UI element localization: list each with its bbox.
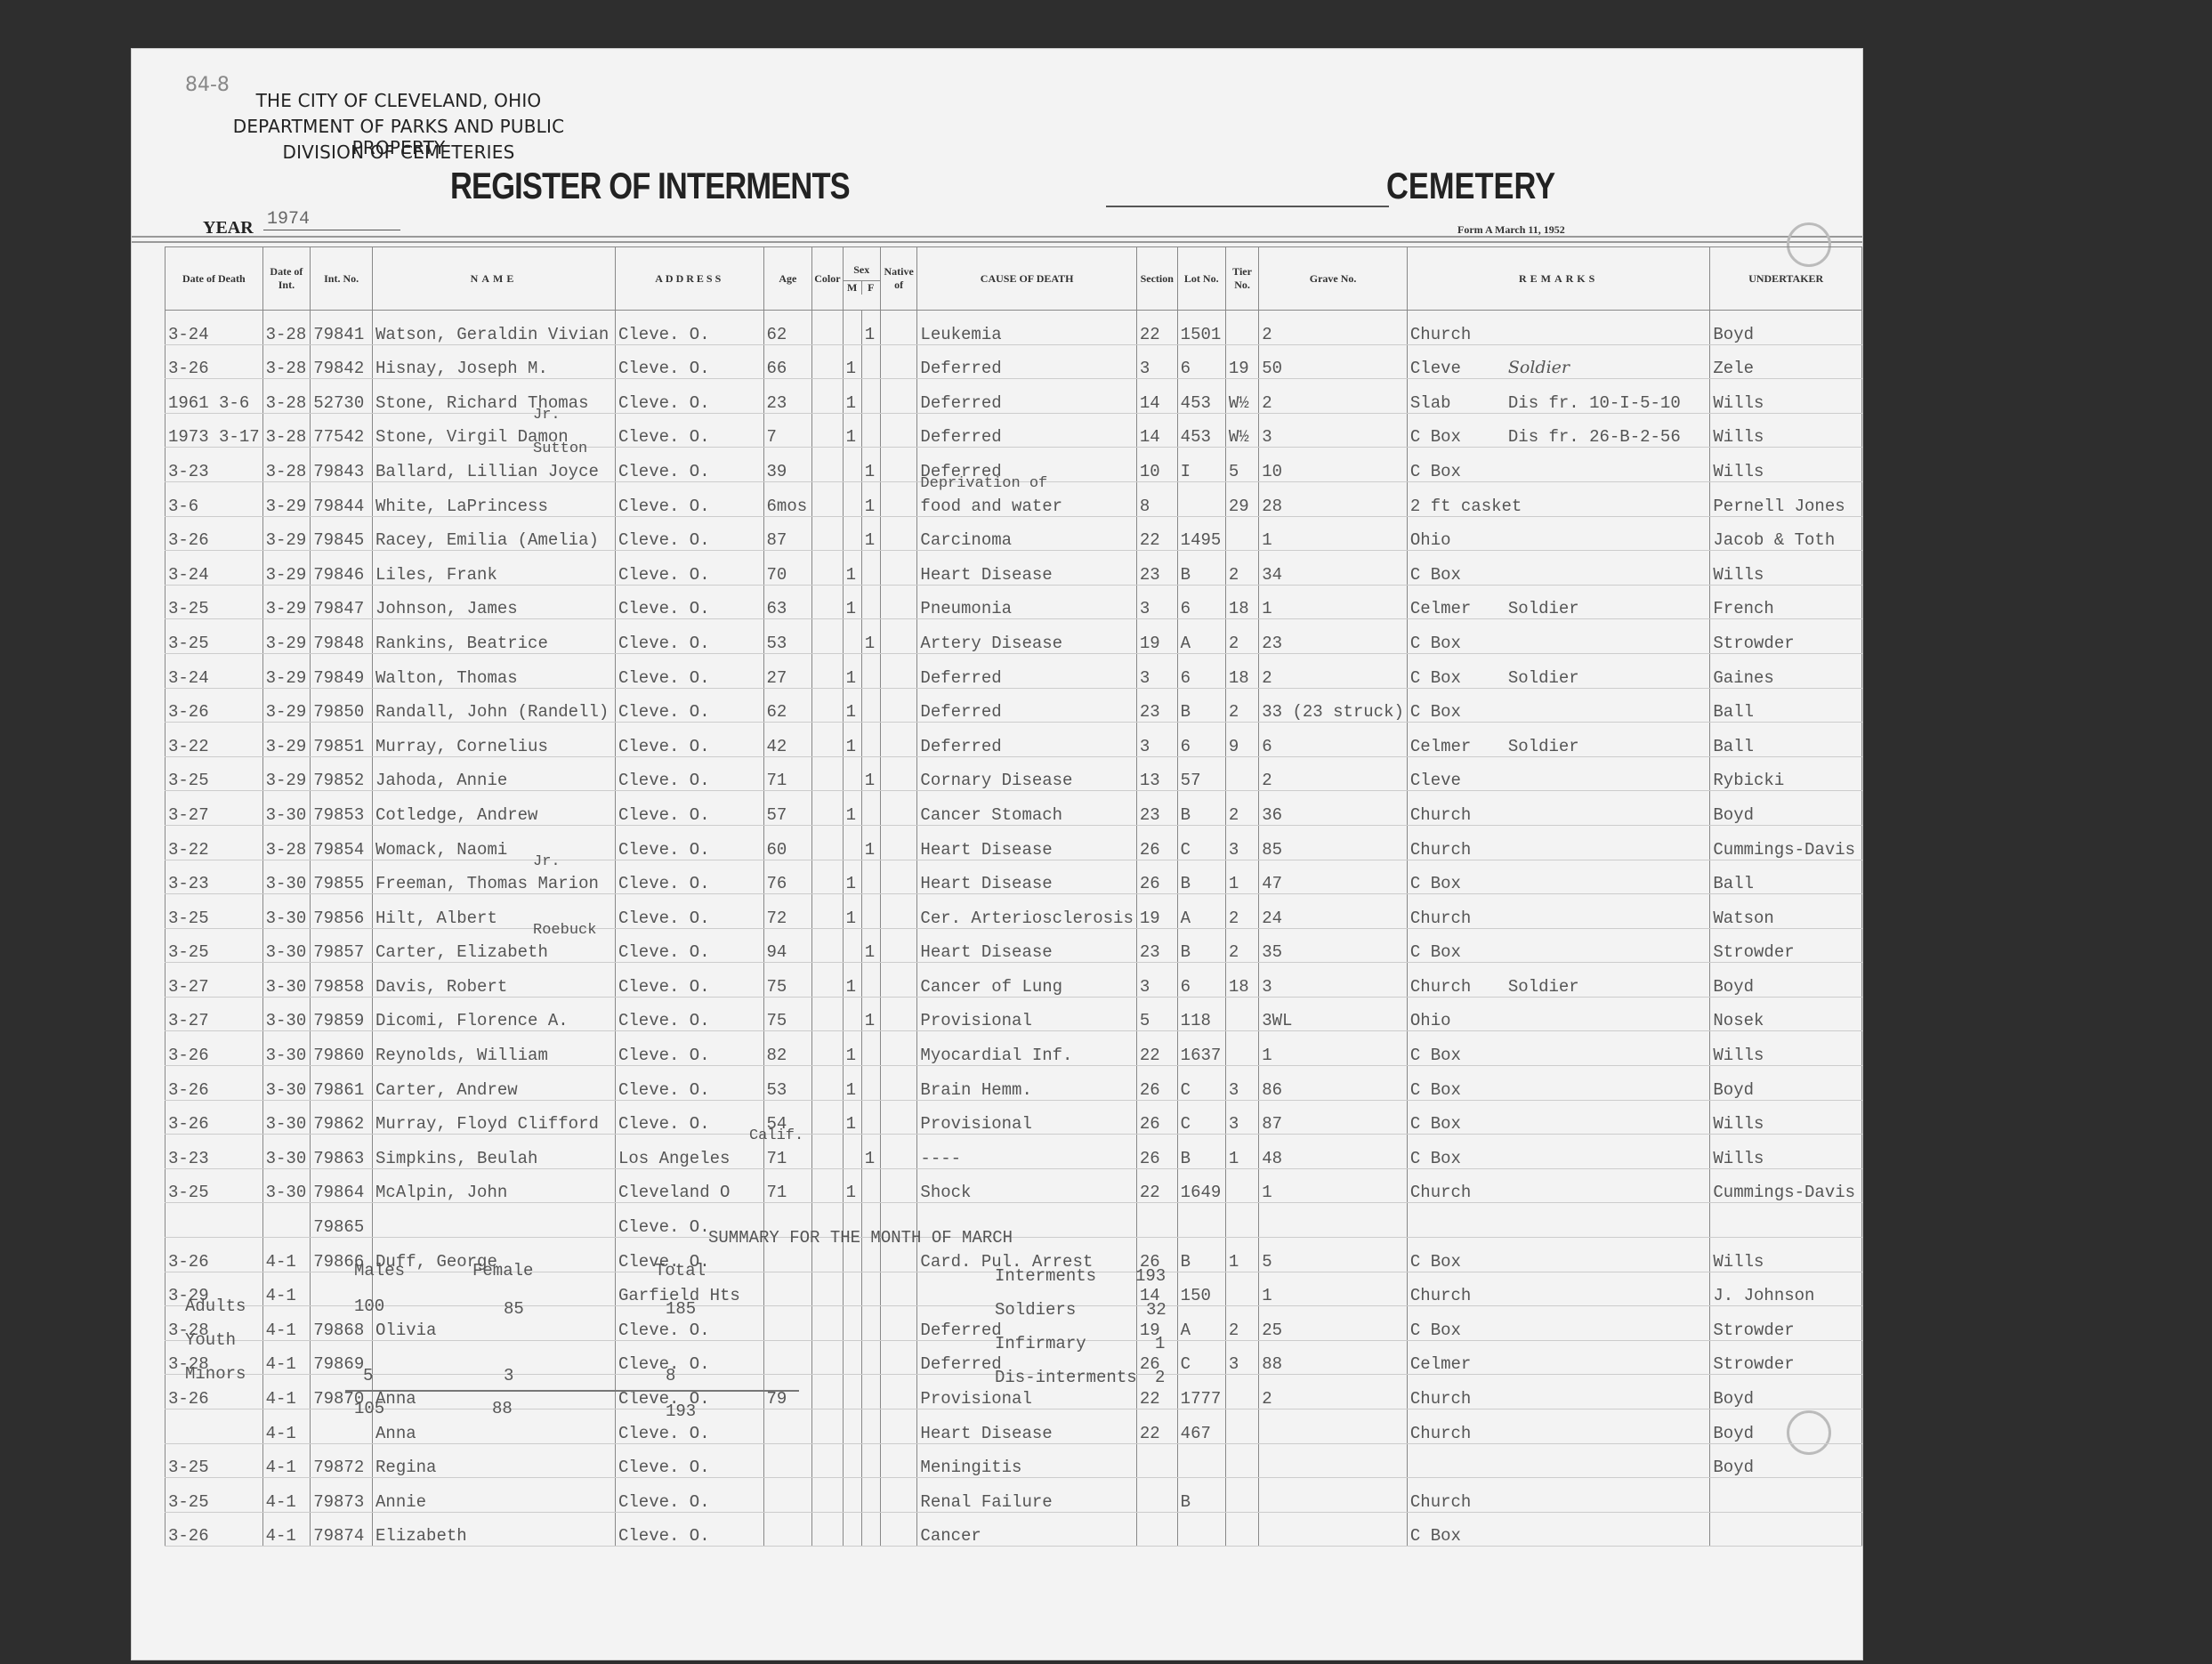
cell-color [812,894,843,929]
cell-text: 24 [1262,909,1282,928]
table-row: 3-273-3079859Dicomi, Florence A.Cleve. O… [165,997,1862,1031]
cell-color [812,1066,843,1101]
cell-interment-number: 79850 [311,688,373,723]
remark-container: C Box [1410,565,1508,585]
cell-grave-number: 1 [1259,585,1408,619]
cell-tier-number: W½ [1225,379,1258,414]
cell-text: 453 [1181,427,1211,447]
remark-container: Slab [1410,393,1508,413]
cell-tier-number: 2 [1225,619,1258,654]
faded-cell: 150 [1177,1272,1225,1306]
cell-native-of [880,448,916,482]
cell-tier-number [1225,516,1258,551]
cell-address: Cleve. O. [615,344,763,379]
table-row: 3-63-2979844White, LaPrincessCleve. O.6m… [165,481,1862,516]
cell-text: 6 [1181,737,1191,756]
cell-cause-of-death: Pneumonia [917,585,1136,619]
faded-cell [880,1512,916,1547]
cell-text: 3-27 [168,977,209,997]
remark-note: Soldier [1508,737,1579,756]
cell-date-of-interment: 3-30 [262,791,311,826]
cell-cause-of-death: Provisional [917,997,1136,1031]
cell-remarks: C Box [1407,1135,1710,1169]
cell-date-of-death: 3-25 [165,619,263,654]
cell-cause-of-death: Heart Disease [917,825,1136,860]
cell-text: 62 [767,702,787,722]
col-date-int: Date of Int. [262,247,311,311]
cell-text: Heart Disease [920,840,1052,860]
cell-grave-number: 2 [1259,311,1408,345]
cell-sex-male [843,516,861,551]
remark-container: Ohio [1410,1011,1508,1030]
cell-text: Cleve. O. [618,599,710,618]
cell-text: Cleve. O. [618,1080,710,1100]
cell-tier-number: 5 [1225,448,1258,482]
faded-cell [843,1375,861,1410]
cell-text: 3-30 [266,1011,307,1030]
table-row: 3-233-3079855Freeman, Thomas MarionJr.Cl… [165,860,1862,894]
cell-text: 36 [1262,805,1282,825]
faded-cell [843,1410,861,1444]
cell-section: 19 [1136,894,1177,929]
cell-date-of-death: 3-23 [165,448,263,482]
cell-native-of [880,1031,916,1066]
cell-text: Wills [1713,427,1764,447]
cell-text: 3-25 [168,634,209,653]
cell-lot-number: C [1177,1066,1225,1101]
cell-age: 39 [763,448,812,482]
table-row: 3-253-2979852Jahoda, AnnieCleve. O.711Co… [165,756,1862,791]
cell-age: 53 [763,619,812,654]
cell-text: 19 [1140,909,1160,928]
cell-text: 71 [767,1183,787,1202]
table-row: 3-243-2979849Walton, ThomasCleve. O.271D… [165,653,1862,688]
faded-cell: 79873 [311,1478,373,1513]
cell-text: 1 [1229,874,1239,893]
faded-cell: Boyd [1710,1410,1862,1444]
faded-cell [812,1512,843,1547]
cell-text: Deferred [920,393,1001,413]
cell-remarks: Ohio [1407,997,1710,1031]
cell-decedent-name: Carter, ElizabethRoebuck [373,928,616,963]
cell-grave-number: 2 [1259,379,1408,414]
cell-text: 3-30 [266,1183,307,1202]
cell-text: Cleve. O. [618,1011,710,1030]
cell-native-of [880,825,916,860]
cell-date-of-interment: 3-30 [262,997,311,1031]
cell-age: 71 [763,1168,812,1203]
faded-cell [812,1375,843,1410]
cell-age: 7 [763,413,812,448]
faded-cell: 88 [1259,1340,1408,1375]
cell-tier-number [1225,1168,1258,1203]
name-annotation: Jr. [533,853,561,870]
cell-decedent-name: Dicomi, Florence A. [373,997,616,1031]
col-sex: Sex MF [843,247,880,311]
cell-text: 3-26 [168,1114,209,1134]
cell-text: 1 [846,874,856,893]
cell-text: 3 [1140,977,1150,997]
cell-lot-number: 6 [1177,585,1225,619]
cell-date-of-interment: 3-30 [262,1135,311,1169]
summary-col-males: Males [354,1261,405,1280]
cell-date-of-death: 3-25 [165,928,263,963]
faded-cell [861,1340,880,1375]
cell-text: Deferred [920,427,1001,447]
cell-age: 82 [763,1031,812,1066]
cell-cause-of-death: Provisional [917,1100,1136,1135]
faded-cell: 79865 [311,1203,373,1238]
cell-text: 79848 [313,634,364,653]
cell-date-of-interment: 3-29 [262,653,311,688]
table-row: 3-223-2979851Murray, CorneliusCleve. O.4… [165,723,1862,757]
cell-undertaker: Boyd [1710,791,1862,826]
cell-text: B [1181,565,1191,585]
cell-tier-number [1225,311,1258,345]
table-body: 3-243-2879841Watson, Geraldin VivianClev… [165,311,1862,1203]
cell-grave-number: 28 [1259,481,1408,516]
cell-text: 1 [865,840,875,860]
cell-native-of [880,619,916,654]
cell-lot-number: 453 [1177,379,1225,414]
cell-color [812,585,843,619]
cell-grave-number: 1 [1259,516,1408,551]
cell-color [812,344,843,379]
cell-address: Cleve. O. [615,551,763,586]
cell-sex-male: 1 [843,894,861,929]
cell-text: 1 [865,462,875,481]
cell-decedent-name: Watson, Geraldin Vivian [373,311,616,345]
cell-section: 5 [1136,997,1177,1031]
cell-native-of [880,481,916,516]
cell-decedent-name: Murray, Floyd Clifford [373,1100,616,1135]
cell-decedent-name: Johnson, James [373,585,616,619]
cell-text: Davis, Robert [375,977,507,997]
table-row: 3-253-2979847Johnson, JamesCleve. O.631P… [165,585,1862,619]
cell-grave-number: 3 [1259,963,1408,998]
cell-text: Dicomi, Florence A. [375,1011,569,1030]
cell-remarks: Church [1407,894,1710,929]
faded-cell [1177,1443,1225,1478]
faded-cell [1136,1512,1177,1547]
cell-text: B [1181,702,1191,722]
summary-total-total: 193 [666,1401,696,1421]
cell-text: 1 [846,737,856,756]
cell-native-of [880,653,916,688]
col-address: ADDRESS [615,247,763,311]
cell-lot-number: 1649 [1177,1168,1225,1203]
cell-text: Freeman, Thomas Marion [375,874,599,893]
cell-age: 6mos [763,481,812,516]
cell-text: 3-25 [168,942,209,962]
col-date-death: Date of Death [165,247,263,311]
cell-grave-number: 87 [1259,1100,1408,1135]
cell-date-of-interment: 3-30 [262,1066,311,1101]
cell-date-of-death: 3-25 [165,756,263,791]
cell-text: 1 [865,634,875,653]
faded-cell: Cancer [917,1512,1136,1547]
cell-cause-of-death: food and waterDeprivation of [917,481,1136,516]
cell-address: Los AngelesCalif. [615,1135,763,1169]
cell-sex-female: 1 [861,756,880,791]
cell-section: 10 [1136,448,1177,482]
cell-tier-number: 18 [1225,585,1258,619]
cell-address: Cleve. O. [615,928,763,963]
cell-text: 2 [1262,668,1271,688]
cell-text: Cleve. O. [618,462,710,481]
cell-text: 3-24 [168,668,209,688]
faded-cell: Wills [1710,1238,1862,1272]
cell-lot-number: 57 [1177,756,1225,791]
cell-undertaker: Boyd [1710,963,1862,998]
name-annotation: Sutton [533,440,587,457]
cell-text: Carter, Elizabeth [375,942,548,962]
cell-date-of-interment: 3-29 [262,688,311,723]
cell-text: 3 [1140,668,1150,688]
faded-cell [1136,1478,1177,1513]
cell-text: 3 [1140,737,1150,756]
cell-text: 79846 [313,565,364,585]
remark-container: 2 ft casket [1410,497,1508,516]
cell-grave-number: 47 [1259,860,1408,894]
cell-text: 1 [846,805,856,825]
cell-undertaker: Cummings-Davis [1710,825,1862,860]
faded-cell [861,1306,880,1341]
cell-text: Deferred [920,702,1001,722]
cell-text: 23 [1140,942,1160,962]
cell-text: 3-30 [266,942,307,962]
cell-text: 10 [1262,462,1282,481]
cell-text: 3-29 [266,702,307,722]
cell-text: 7 [767,427,777,447]
faded-cell [861,1410,880,1444]
header-city: THE CITY OF CLEVELAND, OHIO [203,90,594,111]
cell-text: 3-29 [266,737,307,756]
cell-text: 71 [767,771,787,790]
cell-section: 19 [1136,619,1177,654]
cell-text: 79862 [313,1114,364,1134]
cell-color [812,516,843,551]
cell-text: Cornary Disease [920,771,1072,790]
cell-section: 14 [1136,413,1177,448]
header-division: DIVISION OF CEMETERIES [203,141,594,163]
faded-cell: Renal Failure [917,1478,1136,1513]
cell-native-of [880,311,916,345]
name-annotation: Jr. [533,407,561,424]
cell-text: Carter, Andrew [375,1080,518,1100]
faded-cell [165,1203,263,1238]
cell-undertaker: Cummings-Davis [1710,1168,1862,1203]
faded-cell [880,1478,916,1513]
cell-age: 94 [763,928,812,963]
cell-cause-of-death: Brain Hemm. [917,1066,1136,1101]
summary-total-males: 105 [354,1399,384,1418]
name-annotation: Roebuck [533,922,596,939]
cell-text: Cleve. O. [618,565,710,585]
cell-interment-number: 79845 [311,516,373,551]
faded-cell: Church [1407,1478,1710,1513]
cell-lot-number: 118 [1177,997,1225,1031]
cell-text: 86 [1262,1080,1282,1100]
cell-interment-number: 79856 [311,894,373,929]
faded-cell: 79 [763,1375,812,1410]
cell-text: 1 [865,530,875,550]
remark-container: C Box [1410,1080,1508,1100]
cell-text: Deferred [920,359,1001,378]
cell-native-of [880,894,916,929]
cell-text: Jacob & Toth [1713,530,1835,550]
cell-sex-male: 1 [843,344,861,379]
cell-text: Cleve. O. [618,771,710,790]
cell-text: 1 [846,977,856,997]
summary-minors-males: 5 [363,1366,373,1385]
cell-text: 3-6 [168,497,198,516]
cell-text: 14 [1140,393,1160,413]
cell-text: 3-24 [168,325,209,344]
cell-text: C [1181,840,1191,860]
cell-sex-female [861,963,880,998]
faded-cell: Strowder [1710,1340,1862,1375]
faded-cell [812,1272,843,1306]
faded-cell [1225,1410,1258,1444]
cell-text: 3-26 [168,1080,209,1100]
cell-text: Cer. Arteriosclerosis [920,909,1133,928]
cell-text: 1 [1262,1046,1271,1065]
faded-cell: Heart Disease [917,1410,1136,1444]
faded-cell: 467 [1177,1410,1225,1444]
cell-text: 70 [767,565,787,585]
cell-text: 3-29 [266,497,307,516]
cell-undertaker: Gaines [1710,653,1862,688]
faded-cell [861,1512,880,1547]
cell-sex-female [861,791,880,826]
remark-note: Soldier [1508,599,1579,618]
cell-text: 48 [1262,1149,1282,1168]
cell-text: 3-28 [266,325,307,344]
faded-cell [812,1443,843,1478]
cell-sex-female: 1 [861,448,880,482]
cell-text: Cleve. O. [618,427,710,447]
cell-text: Murray, Cornelius [375,737,548,756]
cell-text: 94 [767,942,787,962]
faded-cell: 4-1 [262,1512,311,1547]
cell-sex-male: 1 [843,1031,861,1066]
cell-text: Wills [1713,1114,1764,1134]
cell-text: 22 [1140,1046,1160,1065]
cell-text: 3-27 [168,1011,209,1030]
table-row: 3-263-2979845Racey, Emilia (Amelia)Cleve… [165,516,1862,551]
cell-grave-number: 10 [1259,448,1408,482]
cell-text: 75 [767,1011,787,1030]
cell-section: 26 [1136,825,1177,860]
cell-text: 35 [1262,942,1282,962]
cell-text: 3-26 [168,702,209,722]
cell-remarks: CelmerSoldier [1407,585,1710,619]
cell-color [812,1135,843,1169]
cell-text: B [1181,942,1191,962]
cell-text: B [1181,805,1191,825]
faded-cell: 4-1 [262,1375,311,1410]
cell-section: 22 [1136,1031,1177,1066]
summary-youth-label: Youth [185,1330,236,1350]
table-row: 1973 3-173-2877542Stone, Virgil DamonJr.… [165,413,1862,448]
cell-text: Provisional [920,1114,1031,1134]
cell-text: 1 [846,359,856,378]
cell-section: 23 [1136,688,1177,723]
cell-date-of-interment: 3-29 [262,756,311,791]
cell-cause-of-death: Deferred [917,413,1136,448]
cell-text: 8 [1140,497,1150,516]
cell-text: 3-29 [266,668,307,688]
cell-cause-of-death: Deferred [917,723,1136,757]
cell-text: 79845 [313,530,364,550]
cell-sex-male [843,311,861,345]
remark-container: C Box [1410,1114,1508,1134]
cell-interment-number: 79861 [311,1066,373,1101]
cell-grave-number: 3 [1259,413,1408,448]
cell-tier-number: 3 [1225,1100,1258,1135]
summary-soldiers-value: 32 [1146,1300,1167,1320]
cell-native-of [880,516,916,551]
faded-cell [763,1340,812,1375]
faded-cell: Strowder [1710,1306,1862,1341]
cell-sex-female [861,379,880,414]
cell-interment-number: 79859 [311,997,373,1031]
cell-date-of-death: 3-26 [165,1066,263,1101]
cell-text: Racey, Emilia (Amelia) [375,530,599,550]
cell-text: 1961 3-6 [168,393,249,413]
col-grave: Grave No. [1259,247,1408,311]
cell-text: 1 [846,1114,856,1134]
remark-container: Church [1410,840,1508,860]
remark-container: Church [1410,977,1508,997]
faded-cell [843,1306,861,1341]
cell-color [812,860,843,894]
col-sex-m: M [844,281,862,295]
cell-text: Cotledge, Andrew [375,805,537,825]
col-int-no: Int. No. [311,247,373,311]
cell-date-of-interment: 3-30 [262,1168,311,1203]
cell-section: 22 [1136,311,1177,345]
faded-row: 4-1AnnaCleve. O.Heart Disease22467Church… [165,1410,1862,1444]
cell-text: 23 [1262,634,1282,653]
cell-text: 26 [1140,840,1160,860]
cell-text: Ball [1713,737,1754,756]
cell-remarks: C Box [1407,551,1710,586]
cell-cause-of-death: Deferred [917,344,1136,379]
cell-lot-number: A [1177,619,1225,654]
cell-sex-female: 1 [861,311,880,345]
cell-undertaker: Nosek [1710,997,1862,1031]
cell-text: 60 [767,840,787,860]
remark-container: Church [1410,805,1508,825]
faded-cell [843,1272,861,1306]
cell-age: 71 [763,756,812,791]
cell-native-of [880,688,916,723]
cell-text: 6 [1262,737,1271,756]
faded-cell: Meningitis [917,1443,1136,1478]
cell-text: 52730 [313,393,364,413]
col-tier: Tier No. [1225,247,1258,311]
cell-grave-number: 2 [1259,653,1408,688]
cell-native-of [880,997,916,1031]
table-row: 3-273-3079853Cotledge, AndrewCleve. O.57… [165,791,1862,826]
cell-text: Cleve. O. [618,497,710,516]
faded-cell: 5 [1259,1238,1408,1272]
remark-note: Dis fr. 10-I-5-10 [1508,393,1681,413]
cell-date-of-death: 3-22 [165,723,263,757]
cell-date-of-interment: 3-28 [262,344,311,379]
